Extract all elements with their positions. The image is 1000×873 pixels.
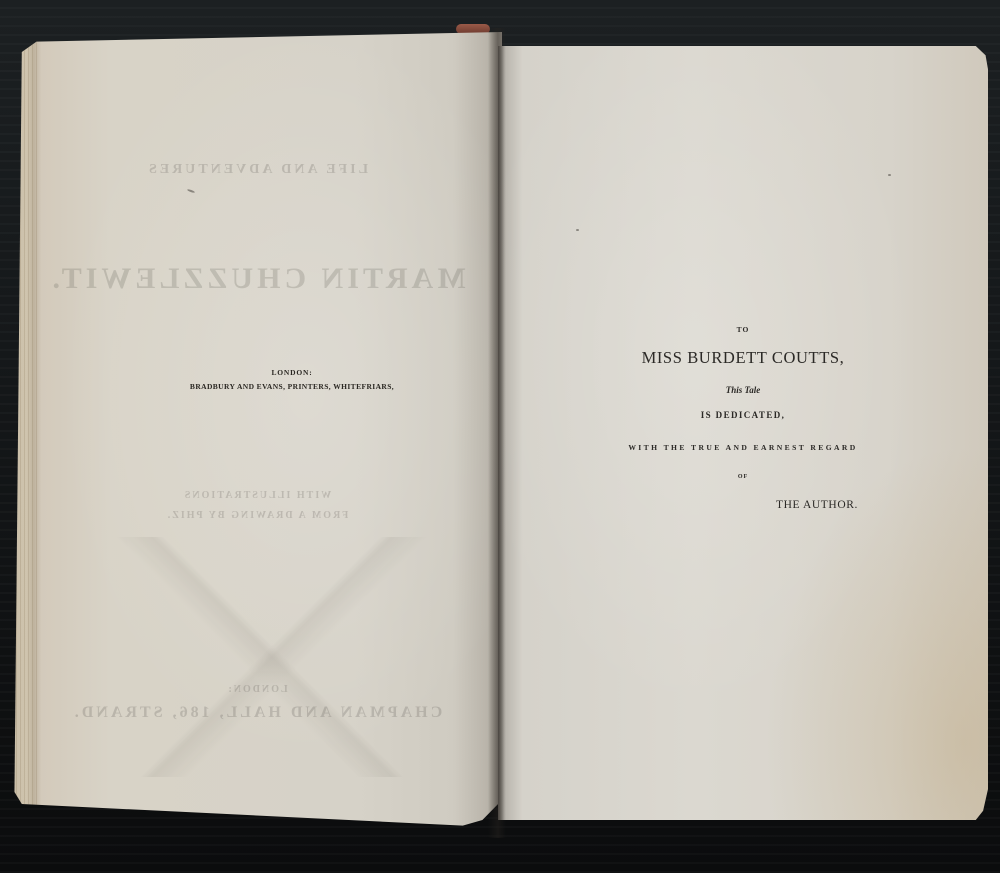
show-through-text: FROM A DRAWING BY PHIZ. [12, 510, 502, 521]
page-crease [82, 537, 462, 777]
imprint-city: LONDON: [172, 368, 412, 377]
right-page: TO MISS BURDETT COUTTS, This Tale IS DED… [498, 46, 988, 820]
show-through-text: LONDON: [12, 684, 502, 695]
book-photo: LIFE AND ADVENTURES MARTIN CHUZZLEWIT. W… [0, 0, 1000, 873]
dedication-regard: WITH THE TRUE AND EARNEST REGARD [498, 443, 988, 452]
show-through-title: MARTIN CHUZZLEWIT. [12, 262, 502, 296]
left-page: LIFE AND ADVENTURES MARTIN CHUZZLEWIT. W… [12, 32, 502, 832]
show-through-text: LIFE AND ADVENTURES [12, 162, 502, 178]
dedication-name: MISS BURDETT COUTTS, [498, 348, 988, 368]
show-through-text: WITH ILLUSTRATIONS [12, 490, 502, 501]
paper-speck [888, 174, 891, 176]
dedication-of: OF [498, 474, 988, 480]
imprint-printer: BRADBURY AND EVANS, PRINTERS, WHITEFRIAR… [172, 382, 412, 391]
show-through-publisher: CHAPMAN AND HALL, 186, STRAND. [12, 704, 502, 722]
dedication-to: TO [498, 325, 988, 334]
paper-speck [187, 189, 195, 194]
dedication-author: THE AUTHOR. [776, 499, 858, 511]
paper-speck [576, 229, 579, 231]
spine-shadow [488, 28, 506, 838]
dedication-is-dedicated: IS DEDICATED, [498, 410, 988, 420]
dedication-tale: This Tale [498, 385, 988, 395]
